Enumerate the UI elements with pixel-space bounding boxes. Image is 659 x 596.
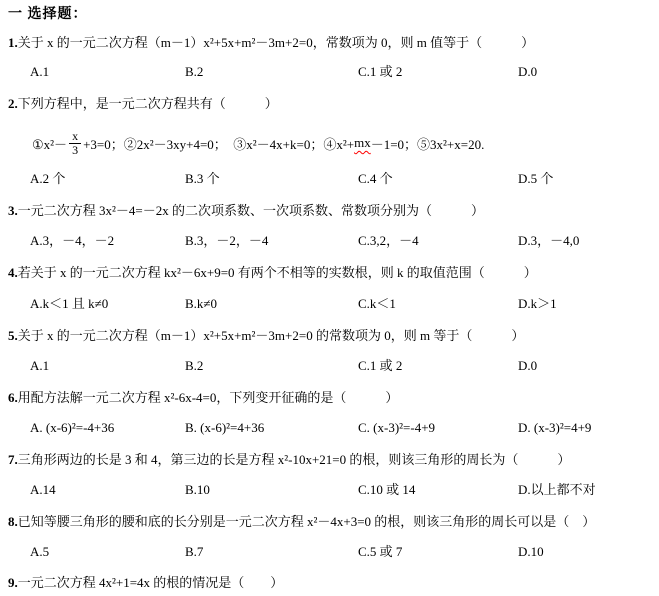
question-3-options: A.3，－4，－2 B.3，－2，－4 C.3,2，－4 D.3，－4,0 bbox=[0, 232, 659, 250]
question-number: 4. bbox=[8, 265, 18, 280]
option-d: D.5 个 bbox=[518, 170, 553, 188]
option-a: A.14 bbox=[30, 481, 56, 499]
question-stem-text: 一元二次方程 3x²－4=－2x 的二次项系数、一次项系数、常数项分别为（ ） bbox=[18, 203, 484, 218]
question-stem-text: 三角形两边的长是 3 和 4，第三边的长是方程 x²-10x+21=0 的根，则… bbox=[18, 452, 571, 467]
option-b: B. (x-6)²=4+36 bbox=[185, 419, 264, 437]
question-stem-text: 关于 x 的一元二次方程（m－1）x²+5x+m²－3m+2=0，常数项为 0，… bbox=[18, 35, 534, 50]
option-a: A.5 bbox=[30, 543, 49, 561]
option-c: C.4 个 bbox=[358, 170, 393, 188]
question-number: 3. bbox=[8, 203, 18, 218]
question-number: 2. bbox=[8, 96, 18, 111]
question-number: 8. bbox=[8, 514, 18, 529]
question-9-stem: 9.一元二次方程 4x²+1=4x 的根的情况是（ ） bbox=[8, 574, 659, 592]
option-d: D. (x-3)²=4+9 bbox=[518, 419, 591, 437]
section-title: 一 选择题： bbox=[8, 6, 659, 24]
question-7-stem: 7.三角形两边的长是 3 和 4，第三边的长是方程 x²-10x+21=0 的根… bbox=[8, 451, 659, 469]
option-b: B.k≠0 bbox=[185, 295, 217, 313]
question-number: 5. bbox=[8, 328, 18, 343]
option-d: D.10 bbox=[518, 543, 544, 561]
option-a: A.3，－4，－2 bbox=[30, 232, 114, 250]
question-1-options: A.1 B.2 C.1 或 2 D.0 bbox=[0, 63, 659, 81]
fraction-denominator: 3 bbox=[69, 143, 81, 157]
option-a: A.2 个 bbox=[30, 170, 65, 188]
option-a: A.k＜1 且 k≠0 bbox=[30, 295, 108, 313]
fraction-numerator: x bbox=[69, 130, 81, 143]
option-a: A.1 bbox=[30, 357, 49, 375]
option-d: D.0 bbox=[518, 357, 537, 375]
option-c: C.1 或 2 bbox=[358, 63, 402, 81]
option-b: B.10 bbox=[185, 481, 210, 499]
question-2-stem: 2.下列方程中，是一元二次方程共有（ ） bbox=[8, 95, 659, 113]
question-7-options: A.14 B.10 C.10 或 14 D.以上都不对 bbox=[0, 481, 659, 499]
option-d: D.以上都不对 bbox=[518, 481, 596, 499]
option-c: C.3,2，－4 bbox=[358, 232, 419, 250]
question-stem-text: 若关于 x 的一元二次方程 kx²－6x+9=0 有两个不相等的实数根，则 k … bbox=[18, 265, 537, 280]
worksheet-page: 一 选择题： 1.关于 x 的一元二次方程（m－1）x²+5x+m²－3m+2=… bbox=[0, 0, 659, 596]
question-2-equations: ①x²－x3+3=0；②2x²－3xy+4=0； ③x²－4x+k=0；④x²+… bbox=[32, 122, 659, 164]
question-8-options: A.5 B.7 C.5 或 7 D.10 bbox=[0, 543, 659, 561]
question-stem-text: 下列方程中，是一元二次方程共有（ ） bbox=[18, 96, 278, 111]
question-stem-text: 关于 x 的一元二次方程（m－1）x²+5x+m²－3m+2=0 的常数项为 0… bbox=[18, 328, 525, 343]
option-c: C. (x-3)²=-4+9 bbox=[358, 419, 435, 437]
option-c: C.k＜1 bbox=[358, 295, 396, 313]
option-c: C.1 或 2 bbox=[358, 357, 402, 375]
option-b: B.3，－2，－4 bbox=[185, 232, 268, 250]
question-1-stem: 1.关于 x 的一元二次方程（m－1）x²+5x+m²－3m+2=0，常数项为 … bbox=[8, 34, 659, 52]
equation-part: －1=0；⑤3x²+x=20. bbox=[371, 134, 485, 153]
question-8-stem: 8.已知等腰三角形的腰和底的长分别是一元二次方程 x²－4x+3=0 的根，则该… bbox=[8, 513, 659, 531]
question-number: 6. bbox=[8, 390, 18, 405]
question-number: 1. bbox=[8, 35, 18, 50]
option-b: B.3 个 bbox=[185, 170, 220, 188]
question-6-options: A. (x-6)²=-4+36 B. (x-6)²=4+36 C. (x-3)²… bbox=[0, 419, 659, 437]
question-2-options: A.2 个 B.3 个 C.4 个 D.5 个 bbox=[0, 170, 659, 188]
option-a: A.1 bbox=[30, 63, 49, 81]
option-b: B.2 bbox=[185, 63, 203, 81]
option-b: B.2 bbox=[185, 357, 203, 375]
option-a: A. (x-6)²=-4+36 bbox=[30, 419, 114, 437]
question-number: 7. bbox=[8, 452, 18, 467]
question-4-options: A.k＜1 且 k≠0 B.k≠0 C.k＜1 D.k＞1 bbox=[0, 295, 659, 313]
question-number: 9. bbox=[8, 575, 18, 590]
question-stem-text: 用配方法解一元二次方程 x²-6x-4=0，下列变开征确的是（ ） bbox=[18, 390, 399, 405]
option-d: D.0 bbox=[518, 63, 537, 81]
question-4-stem: 4.若关于 x 的一元二次方程 kx²－6x+9=0 有两个不相等的实数根，则 … bbox=[8, 264, 659, 282]
question-5-options: A.1 B.2 C.1 或 2 D.0 bbox=[0, 357, 659, 375]
fraction: x3 bbox=[69, 130, 81, 156]
question-stem-text: 已知等腰三角形的腰和底的长分别是一元二次方程 x²－4x+3=0 的根，则该三角… bbox=[18, 514, 596, 529]
spellcheck-underlined-term: mx bbox=[354, 135, 371, 151]
option-c: C.10 或 14 bbox=[358, 481, 415, 499]
equation-part: +3=0；②2x²－3xy+4=0； ③x²－4x+k=0；④x²+ bbox=[83, 134, 354, 153]
equation-part: ①x²－ bbox=[32, 134, 67, 153]
option-d: D.k＞1 bbox=[518, 295, 557, 313]
question-6-stem: 6.用配方法解一元二次方程 x²-6x-4=0，下列变开征确的是（ ） bbox=[8, 389, 659, 407]
section-title-text: 一 选择题： bbox=[8, 7, 88, 22]
question-stem-text: 一元二次方程 4x²+1=4x 的根的情况是（ ） bbox=[18, 575, 284, 590]
question-3-stem: 3.一元二次方程 3x²－4=－2x 的二次项系数、一次项系数、常数项分别为（ … bbox=[8, 202, 659, 220]
option-c: C.5 或 7 bbox=[358, 543, 402, 561]
option-b: B.7 bbox=[185, 543, 203, 561]
option-d: D.3，－4,0 bbox=[518, 232, 579, 250]
question-5-stem: 5.关于 x 的一元二次方程（m－1）x²+5x+m²－3m+2=0 的常数项为… bbox=[8, 327, 659, 345]
